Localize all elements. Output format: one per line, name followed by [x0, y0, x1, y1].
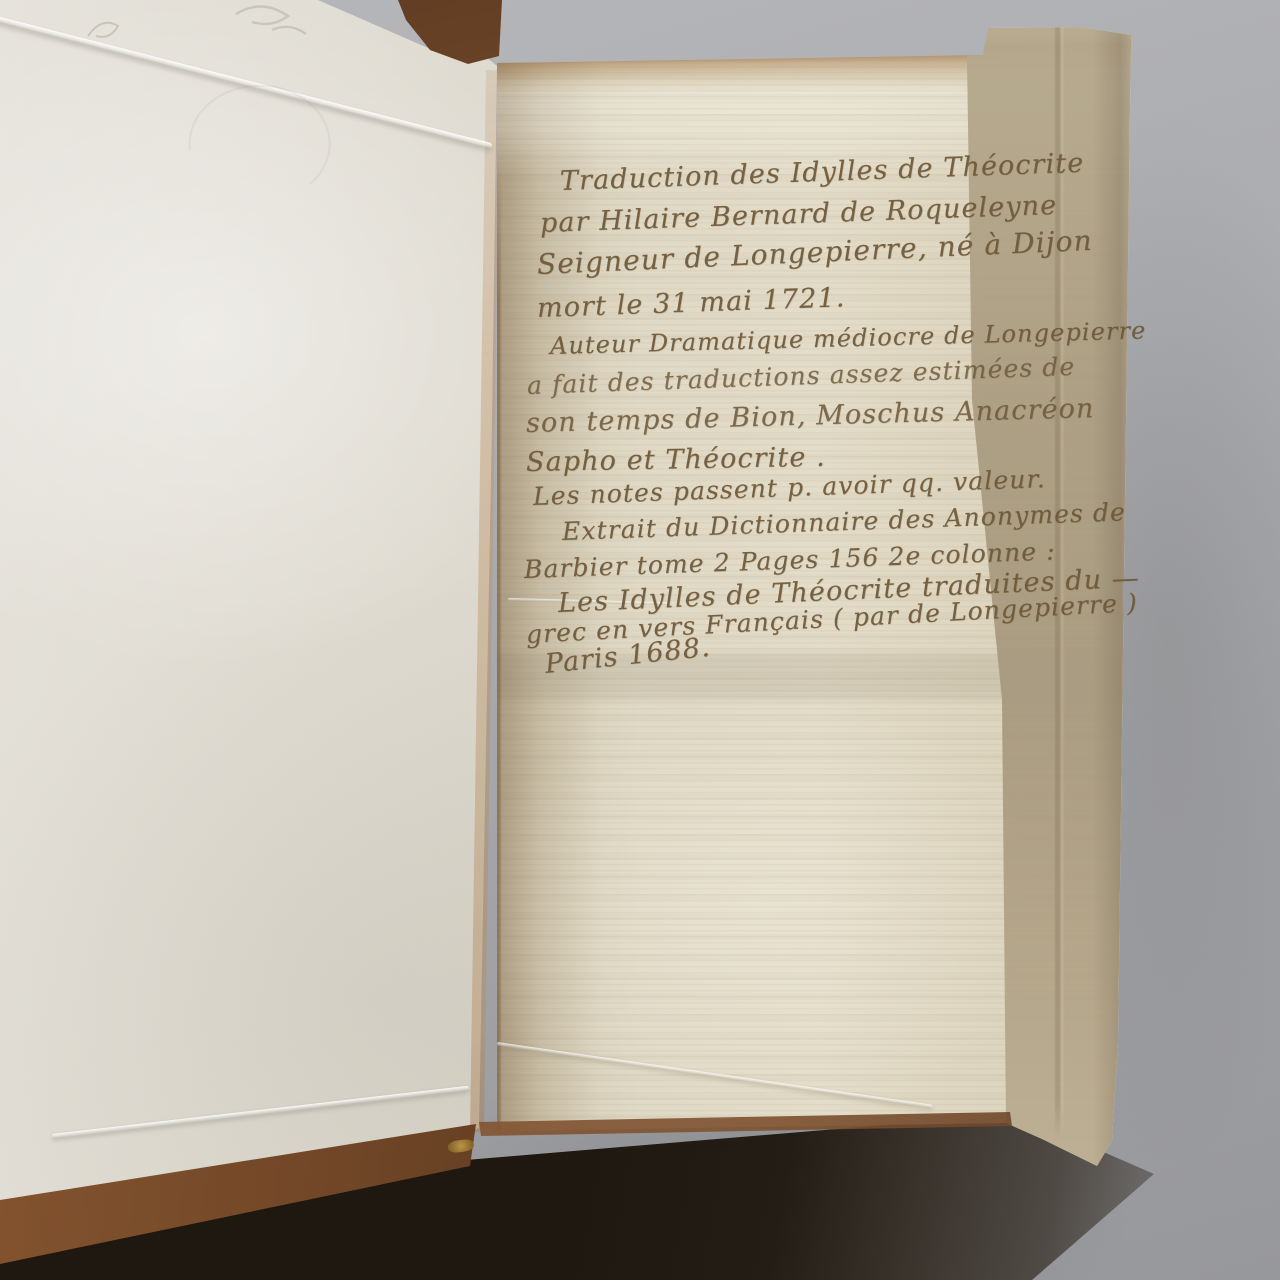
pencil-scribbles: [40, 0, 380, 230]
photo-scene: Traduction des Idylles de Théocrite par …: [0, 0, 1280, 1280]
